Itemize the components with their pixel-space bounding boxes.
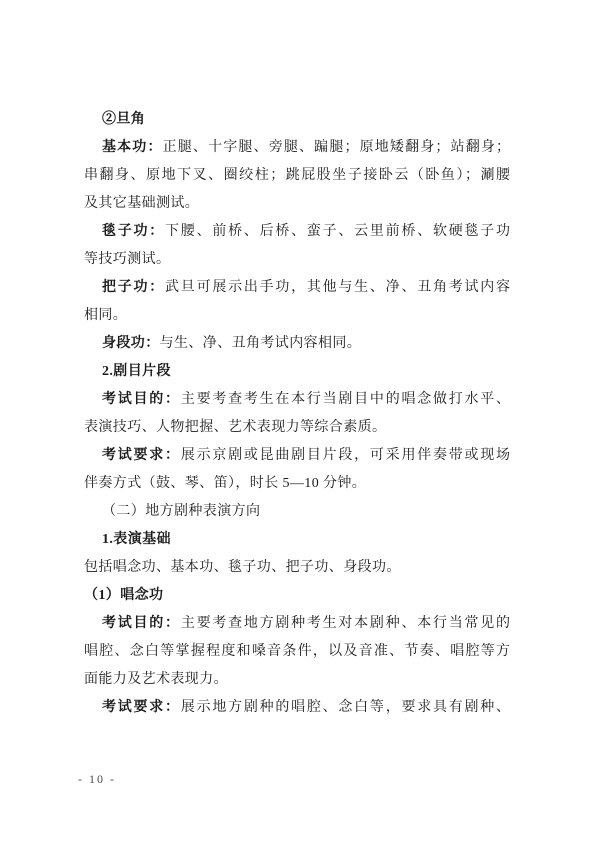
run-text: 与生、净、丑角考试内容相同。 (160, 336, 362, 351)
text-line: 伴奏方式（鼓、琴、笛），时长 5—10 分钟。 (84, 470, 510, 498)
text-line: 面能力及艺术表现力。 (84, 666, 510, 694)
run-text: 主要考查考生在本行当剧目中的唱念做打水平、 (181, 392, 510, 407)
para-exam-purpose: 考试目的：主要考查考生在本行当剧目中的唱念做打水平、 (84, 386, 510, 414)
run-text: 及其它基础测试。 (84, 196, 199, 211)
para-exam-requirements: 考试要求：展示京剧或昆曲剧目片段，可采用伴奏带或现场 (84, 442, 510, 470)
run-text: 串翻身、原地下叉、圈绞柱；跳屁股坐子接卧云（卧鱼）；涮腰 (84, 168, 510, 183)
heading-regional-opera: （二）地方剧种表演方向 (84, 498, 510, 526)
text-line: 串翻身、原地下叉、圈绞柱；跳屁股坐子接卧云（卧鱼）；涮腰 (84, 162, 510, 190)
run-text: 正腿、十字腿、旁腿、蹁腿；原地矮翻身；站翻身； (163, 140, 510, 155)
para-weapon-skills: 把子功：武旦可展示出手功，其他与生、净、丑角考试内容 (84, 274, 510, 302)
run-text: （二）地方剧种表演方向 (102, 504, 260, 519)
run-text: 表演技巧、人物把握、艺术表现力等综合素质。 (84, 420, 386, 435)
heading-singing-reciting: （1）唱念功 (84, 582, 510, 610)
page-number-footer: - 10 - (78, 771, 116, 787)
para-exam-purpose-2: 考试目的：主要考查地方剧种考生对本剧种、本行当常见的 (84, 610, 510, 638)
run-label: 考试目的： (102, 392, 181, 407)
run-text: 伴奏方式（鼓、琴、笛），时长 5—10 分钟。 (84, 476, 366, 491)
run-text: 2.剧目片段 (102, 364, 171, 379)
run-text: 唱腔、念白等掌握程度和嗓音条件，以及音准、节奏、唱腔等方 (84, 644, 510, 659)
heading-performance-basics: 1.表演基础 (84, 526, 510, 554)
run-label: 考试要求： (102, 448, 181, 463)
run-text: （1）唱念功 (84, 588, 163, 603)
run-text: 包括唱念功、基本功、毯子功、把子功、身段功。 (84, 560, 401, 575)
text-line: 及其它基础测试。 (84, 190, 510, 218)
para-body-movement: 身段功：与生、净、丑角考试内容相同。 (84, 330, 510, 358)
heading-dan-role: ②旦角 (84, 106, 510, 134)
run-label: 身段功： (102, 336, 160, 351)
run-text: 相同。 (84, 308, 127, 323)
text-line: 表演技巧、人物把握、艺术表现力等综合素质。 (84, 414, 510, 442)
para-carpet-skills: 毯子功：下腰、前桥、后桥、蛮子、云里前桥、软硬毯子功 (84, 218, 510, 246)
run-label: 毯子功： (102, 224, 165, 239)
run-text: 展示京剧或昆曲剧目片段，可采用伴奏带或现场 (181, 448, 510, 463)
run-text: 等技巧测试。 (84, 252, 170, 267)
run-text: 面能力及艺术表现力。 (84, 672, 228, 687)
text-line: 相同。 (84, 302, 510, 330)
run-text: 武旦可展示出手功，其他与生、净、丑角考试内容 (165, 280, 510, 295)
text-line: 唱腔、念白等掌握程度和嗓音条件，以及音准、节奏、唱腔等方 (84, 638, 510, 666)
document-page: ②旦角基本功：正腿、十字腿、旁腿、蹁腿；原地矮翻身；站翻身；串翻身、原地下叉、圈… (0, 0, 595, 842)
para-exam-requirements-2: 考试要求：展示地方剧种的唱腔、念白等，要求具有剧种、 (84, 694, 510, 722)
run-text: 下腰、前桥、后桥、蛮子、云里前桥、软硬毯子功 (165, 224, 510, 239)
run-label: 考试目的： (102, 616, 181, 631)
document-body: ②旦角基本功：正腿、十字腿、旁腿、蹁腿；原地矮翻身；站翻身；串翻身、原地下叉、圈… (84, 106, 510, 722)
para-basic-skills: 基本功：正腿、十字腿、旁腿、蹁腿；原地矮翻身；站翻身； (84, 134, 510, 162)
text-line: 包括唱念功、基本功、毯子功、把子功、身段功。 (84, 554, 510, 582)
run-label: 考试要求： (102, 700, 181, 715)
text-line: 等技巧测试。 (84, 246, 510, 274)
run-text: 1.表演基础 (102, 532, 171, 547)
run-label: 基本功： (102, 140, 163, 155)
run-text: 主要考查地方剧种考生对本剧种、本行当常见的 (181, 616, 510, 631)
run-text: ②旦角 (102, 112, 145, 127)
heading-repertoire-fragment: 2.剧目片段 (84, 358, 510, 386)
run-text: 展示地方剧种的唱腔、念白等，要求具有剧种、 (181, 700, 510, 715)
run-label: 把子功： (102, 280, 165, 295)
